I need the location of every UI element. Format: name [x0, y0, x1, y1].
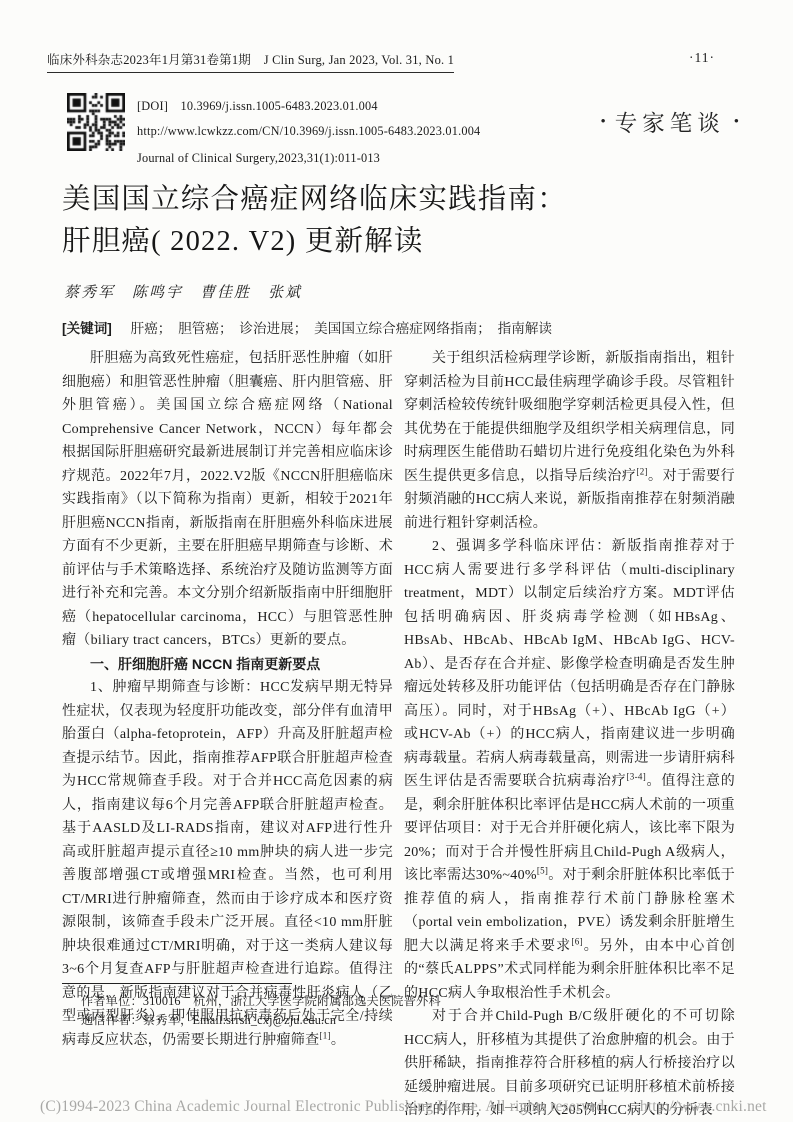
body-paragraph: 肝胆癌为高致死性癌症，包括肝恶性肿瘤（如肝细胞癌）和胆管恶性肿瘤（胆囊癌、肝内胆…	[62, 347, 393, 653]
article-title-line1: 美国国立综合癌症网络临床实践指南：	[62, 184, 567, 215]
article-url: http://www.lcwkzz.com/CN/10.3969/j.issn.…	[137, 119, 480, 146]
author-list: 蔡秀军 陈鸣宇 曹佳胜 张斌	[64, 281, 302, 302]
page-number: ·11·	[689, 50, 715, 66]
corresponding-author-line: 通信作者：蔡秀军，Email:srrsh_cxj@zju.edu.cn	[62, 1011, 412, 1030]
citation-ref: [1]	[319, 1030, 330, 1040]
body-paragraph: 2、强调多学科临床评估：新版指南推荐对于HCC病人需要进行多学科评估（multi…	[404, 535, 735, 1005]
citation-ref: [5]	[537, 865, 548, 875]
running-head-journal-line: 临床外科杂志2023年1月第31卷第1期 J Clin Surg, Jan 20…	[47, 50, 454, 73]
keywords-row: [关键词] 肝癌； 胆管癌； 诊治进展； 美国国立综合癌症网络指南； 指南解读	[62, 317, 552, 337]
citation-ref: [6]	[571, 936, 582, 946]
affiliation-line: 作者单位：310016 杭州，浙江大学医学院附属邵逸夫医院普外科	[62, 992, 412, 1011]
article-title-line2: 肝胆癌( 2022. V2) 更新解读	[62, 226, 424, 257]
right-column: 关于组织活检病理学诊断，新版指南指出，粗针穿刺活检为目前HCC最佳病理学确诊手段…	[404, 347, 735, 1122]
qr-code	[67, 93, 125, 151]
keywords-label: [关键词]	[62, 321, 112, 336]
footnote-divider	[62, 983, 292, 984]
citation-line: Journal of Clinical Surgery,2023,31(1):0…	[137, 145, 480, 172]
section-tag-label: 专家笔谈	[615, 106, 725, 138]
section-heading: 一、肝细胞肝癌 NCCN 指南更新要点	[62, 653, 393, 677]
body-paragraph: 关于组织活检病理学诊断，新版指南指出，粗针穿刺活检为目前HCC最佳病理学确诊手段…	[404, 347, 735, 535]
bullet-icon: •	[734, 114, 739, 131]
doi-line: [DOI] 10.3969/j.issn.1005-6483.2023.01.0…	[137, 92, 480, 119]
author-affiliation-note: 作者单位：310016 杭州，浙江大学医学院附属邵逸夫医院普外科 通信作者：蔡秀…	[62, 983, 412, 1029]
bullet-icon: •	[600, 114, 605, 131]
article-meta-block: [DOI] 10.3969/j.issn.1005-6483.2023.01.0…	[137, 92, 480, 172]
article-title: 美国国立综合癌症网络临床实践指南： 肝胆癌( 2022. V2) 更新解读	[62, 179, 567, 262]
keywords-text: 肝癌； 胆管癌； 诊治进展； 美国国立综合癌症网络指南； 指南解读	[131, 321, 552, 336]
copyright-footer: (C)1994-2023 China Academic Journal Elec…	[40, 1094, 767, 1116]
qr-code-image	[67, 93, 125, 151]
citation-ref: [3-4]	[627, 771, 647, 781]
section-tag: • 专家笔谈 •	[600, 106, 739, 138]
journal-page: 临床外科杂志2023年1月第31卷第1期 J Clin Surg, Jan 20…	[0, 0, 793, 1122]
citation-ref: [2]	[636, 466, 647, 476]
running-head: 临床外科杂志2023年1月第31卷第1期 J Clin Surg, Jan 20…	[47, 50, 715, 73]
